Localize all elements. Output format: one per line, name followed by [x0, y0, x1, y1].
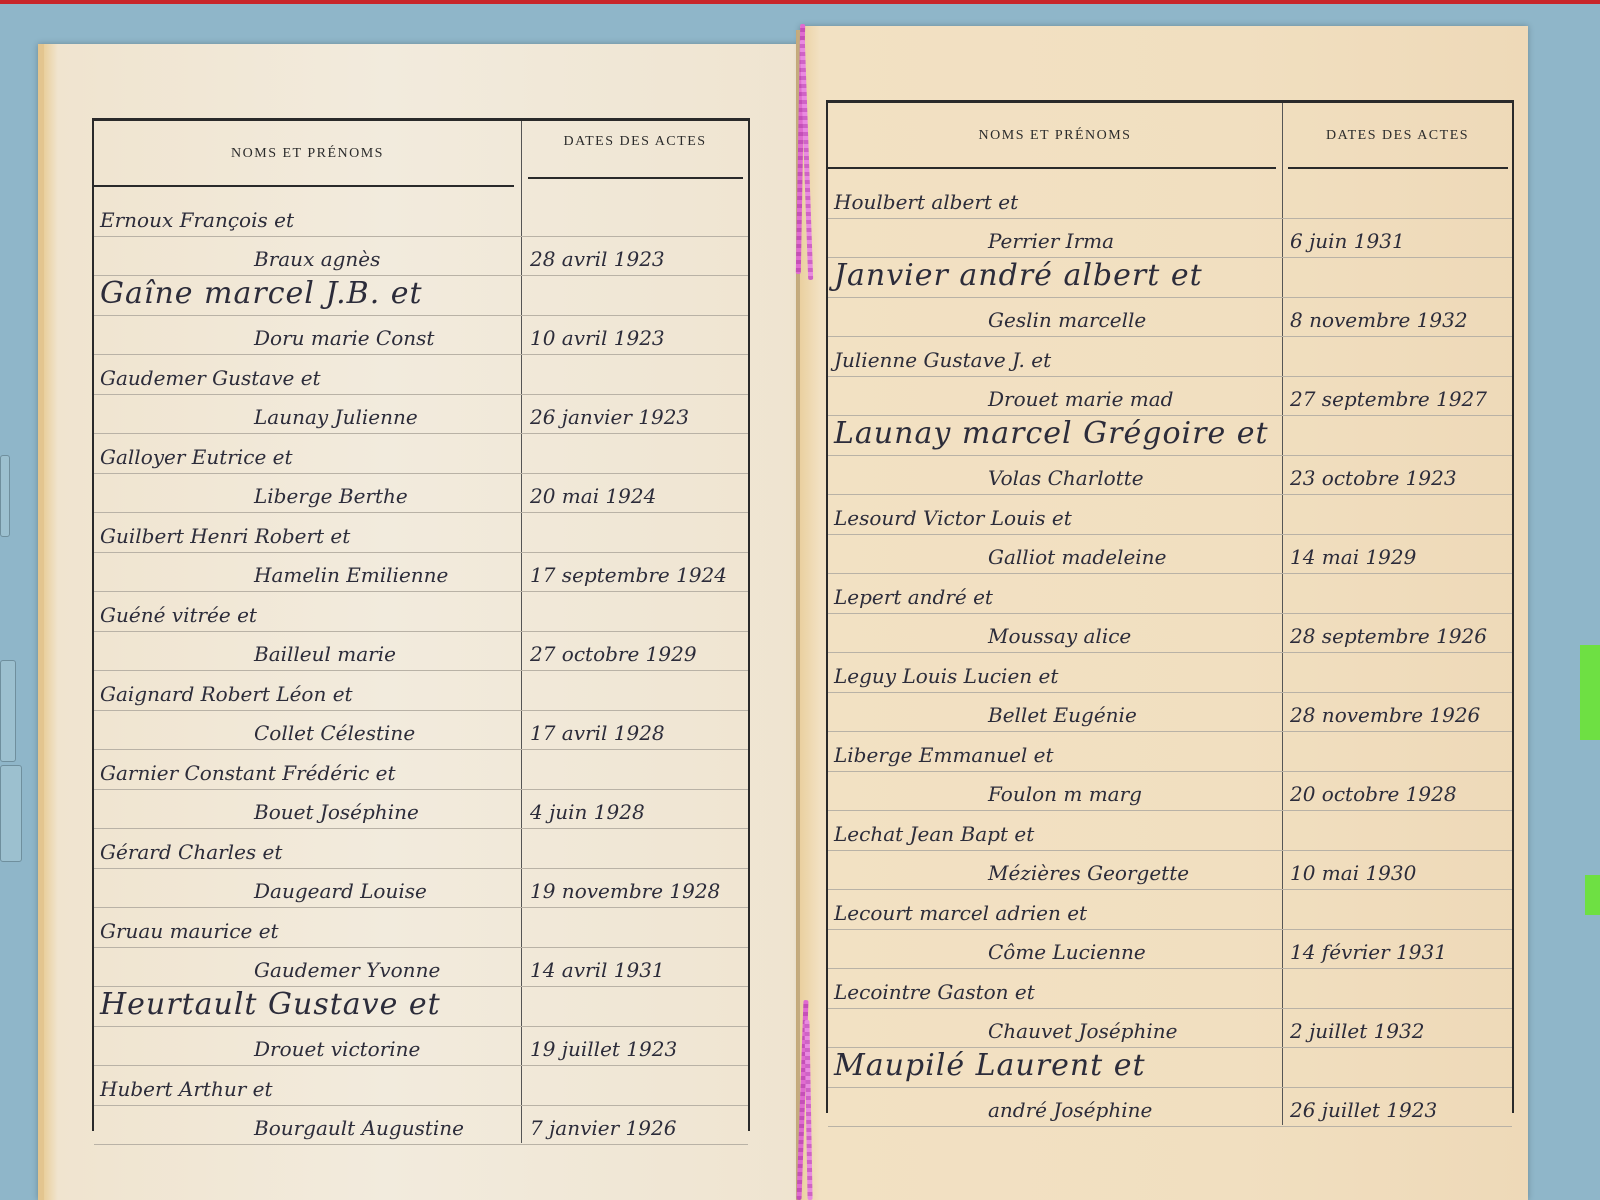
act-date: 20 mai 1924	[530, 484, 656, 508]
entry-row: Côme Lucienne14 février 1931	[828, 930, 1512, 970]
act-date: 23 octobre 1923	[1290, 466, 1457, 490]
groom-name: Launay marcel Grégoire et	[834, 416, 1269, 451]
bride-name: Doru marie Const	[254, 326, 434, 350]
groom-name: Gaudemer Gustave et	[100, 366, 321, 390]
act-date: 6 juin 1931	[1290, 229, 1405, 253]
entry-row: Volas Charlotte23 octobre 1923	[828, 456, 1512, 496]
entry-row: Gaîne marcel J.B. et	[94, 276, 748, 316]
groom-name: Gaîne marcel J.B. et	[100, 276, 423, 311]
bride-name: Braux agnès	[254, 247, 380, 271]
act-date: 26 juillet 1923	[1290, 1098, 1437, 1122]
entry-row: Galloyer Eutrice et	[94, 434, 748, 474]
entry-row: Foulon m marg20 octobre 1928	[828, 772, 1512, 812]
bride-name: Bailleul marie	[254, 642, 396, 666]
act-date: 2 juillet 1932	[1290, 1019, 1424, 1043]
groom-name: Heurtault Gustave et	[100, 987, 441, 1022]
entries-list-left: Ernoux François et Braux agnès28 avril 1…	[94, 197, 748, 1145]
entry-row: Chauvet Joséphine2 juillet 1932	[828, 1009, 1512, 1049]
entry-row: Heurtault Gustave et	[94, 987, 748, 1027]
bride-name: Côme Lucienne	[988, 940, 1146, 964]
entry-row: Lesourd Victor Louis et	[828, 495, 1512, 535]
entry-row: Galliot madeleine14 mai 1929	[828, 535, 1512, 575]
entry-row: Daugeard Louise19 novembre 1928	[94, 869, 748, 909]
bride-name: Drouet victorine	[254, 1037, 420, 1061]
act-date: 14 février 1931	[1290, 940, 1447, 964]
groom-name: Lepert andré et	[834, 585, 993, 609]
bride-name: Hamelin Emilienne	[254, 563, 448, 587]
entry-row: Hubert Arthur et	[94, 1066, 748, 1106]
act-date: 28 novembre 1926	[1290, 703, 1480, 727]
bride-name: Launay Julienne	[254, 405, 418, 429]
act-date: 19 novembre 1928	[530, 879, 720, 903]
entry-row: Janvier andré albert et	[828, 258, 1512, 298]
entry-row: Doru marie Const10 avril 1923	[94, 316, 748, 356]
groom-name: Leguy Louis Lucien et	[834, 664, 1058, 688]
header-rule	[1288, 167, 1508, 169]
register-table-left: NOMS ET PRÉNOMS DATES DES ACTES Ernoux F…	[92, 118, 750, 1131]
entry-row: Launay Julienne26 janvier 1923	[94, 395, 748, 435]
entry-row: Lecourt marcel adrien et	[828, 890, 1512, 930]
groom-name: Lechat Jean Bapt et	[834, 822, 1034, 846]
entry-row: Garnier Constant Frédéric et	[94, 750, 748, 790]
entry-row: Bourgault Augustine7 janvier 1926	[94, 1106, 748, 1146]
entry-row: Drouet victorine19 juillet 1923	[94, 1027, 748, 1067]
groom-name: Gérard Charles et	[100, 840, 282, 864]
entry-row: Ernoux François et	[94, 197, 748, 237]
header-rule	[828, 167, 1276, 169]
entries-list-right: Houlbert albert et Perrier Irma6 juin 19…	[828, 179, 1512, 1127]
entry-row: Gruau maurice et	[94, 908, 748, 948]
entry-row: Lepert andré et	[828, 574, 1512, 614]
entry-row: Liberge Berthe20 mai 1924	[94, 474, 748, 514]
entry-row: Liberge Emmanuel et	[828, 732, 1512, 772]
groom-name: Lesourd Victor Louis et	[834, 506, 1072, 530]
column-header-names: NOMS ET PRÉNOMS	[828, 103, 1282, 169]
header-rule	[528, 177, 743, 179]
act-date: 28 septembre 1926	[1290, 624, 1487, 648]
groom-name: Gruau maurice et	[100, 919, 279, 943]
entry-row: Guéné vitrée et	[94, 592, 748, 632]
entry-row: Bailleul marie27 octobre 1929	[94, 632, 748, 672]
act-date: 19 juillet 1923	[530, 1037, 677, 1061]
background-green-tab	[1580, 645, 1600, 740]
entry-row: Gaignard Robert Léon et	[94, 671, 748, 711]
bride-name: Chauvet Joséphine	[988, 1019, 1177, 1043]
entry-row: Houlbert albert et	[828, 179, 1512, 219]
bride-name: Bellet Eugénie	[988, 703, 1137, 727]
entry-row: Lecointre Gaston et	[828, 969, 1512, 1009]
groom-name: Gaignard Robert Léon et	[100, 682, 353, 706]
groom-name: Lecourt marcel adrien et	[834, 901, 1087, 925]
header-rule	[94, 185, 514, 187]
column-header-dates: DATES DES ACTES	[522, 109, 748, 175]
background-paper-scrap	[0, 660, 16, 762]
groom-name: Maupilé Laurent et	[834, 1048, 1146, 1083]
column-header-dates: DATES DES ACTES	[1283, 103, 1512, 169]
groom-name: Houlbert albert et	[834, 190, 1018, 214]
act-date: 17 avril 1928	[530, 721, 665, 745]
bride-name: Moussay alice	[988, 624, 1131, 648]
entry-row: andré Joséphine26 juillet 1923	[828, 1088, 1512, 1128]
bride-name: Mézières Georgette	[988, 861, 1189, 885]
act-date: 27 octobre 1929	[530, 642, 697, 666]
entry-row: Collet Célestine17 avril 1928	[94, 711, 748, 751]
groom-name: Janvier andré albert et	[834, 258, 1203, 293]
bride-name: Bourgault Augustine	[254, 1116, 464, 1140]
entry-row: Gaudemer Yvonne14 avril 1931	[94, 948, 748, 988]
entry-row: Gaudemer Gustave et	[94, 355, 748, 395]
bride-name: Drouet marie mad	[988, 387, 1173, 411]
background-red-edge	[0, 0, 1600, 4]
groom-name: Lecointre Gaston et	[834, 980, 1035, 1004]
entry-row: Mézières Georgette10 mai 1930	[828, 851, 1512, 891]
act-date: 27 septembre 1927	[1290, 387, 1487, 411]
background-green-tab	[1585, 875, 1600, 915]
groom-name: Liberge Emmanuel et	[834, 743, 1054, 767]
groom-name: Guilbert Henri Robert et	[100, 524, 350, 548]
background-paper-scrap	[0, 765, 22, 862]
register-page-left: NOMS ET PRÉNOMS DATES DES ACTES Ernoux F…	[38, 44, 804, 1200]
act-date: 14 mai 1929	[1290, 545, 1416, 569]
register-table-right: NOMS ET PRÉNOMS DATES DES ACTES Houlbert…	[826, 100, 1514, 1113]
entry-row: Bellet Eugénie28 novembre 1926	[828, 693, 1512, 733]
groom-name: Julienne Gustave J. et	[834, 348, 1051, 372]
groom-name: Ernoux François et	[100, 208, 294, 232]
act-date: 4 juin 1928	[530, 800, 645, 824]
bride-name: andré Joséphine	[988, 1098, 1152, 1122]
entry-row: Maupilé Laurent et	[828, 1048, 1512, 1088]
entry-row: Perrier Irma6 juin 1931	[828, 219, 1512, 259]
entry-row: Gérard Charles et	[94, 829, 748, 869]
act-date: 7 janvier 1926	[530, 1116, 676, 1140]
entry-row: Hamelin Emilienne17 septembre 1924	[94, 553, 748, 593]
bride-name: Volas Charlotte	[988, 466, 1144, 490]
entry-row: Lechat Jean Bapt et	[828, 811, 1512, 851]
entry-row: Leguy Louis Lucien et	[828, 653, 1512, 693]
groom-name: Galloyer Eutrice et	[100, 445, 293, 469]
bride-name: Geslin marcelle	[988, 308, 1146, 332]
column-header-names: NOMS ET PRÉNOMS	[94, 121, 521, 187]
entry-row: Moussay alice28 septembre 1926	[828, 614, 1512, 654]
entry-row: Julienne Gustave J. et	[828, 337, 1512, 377]
register-page-right: NOMS ET PRÉNOMS DATES DES ACTES Houlbert…	[800, 26, 1528, 1200]
act-date: 10 mai 1930	[1290, 861, 1416, 885]
bride-name: Bouet Joséphine	[254, 800, 419, 824]
bride-name: Daugeard Louise	[254, 879, 427, 903]
entry-row: Guilbert Henri Robert et	[94, 513, 748, 553]
bride-name: Gaudemer Yvonne	[254, 958, 440, 982]
background-paper-scrap	[0, 455, 10, 537]
act-date: 28 avril 1923	[530, 247, 665, 271]
entry-row: Launay marcel Grégoire et	[828, 416, 1512, 456]
bride-name: Galliot madeleine	[988, 545, 1166, 569]
groom-name: Garnier Constant Frédéric et	[100, 761, 396, 785]
entry-row: Geslin marcelle8 novembre 1932	[828, 298, 1512, 338]
act-date: 10 avril 1923	[530, 326, 665, 350]
bride-name: Perrier Irma	[988, 229, 1114, 253]
entry-row: Drouet marie mad27 septembre 1927	[828, 377, 1512, 417]
act-date: 20 octobre 1928	[1290, 782, 1457, 806]
act-date: 14 avril 1931	[530, 958, 665, 982]
entry-row: Bouet Joséphine4 juin 1928	[94, 790, 748, 830]
groom-name: Hubert Arthur et	[100, 1077, 273, 1101]
act-date: 26 janvier 1923	[530, 405, 689, 429]
act-date: 17 septembre 1924	[530, 563, 727, 587]
act-date: 8 novembre 1932	[1290, 308, 1468, 332]
bride-name: Liberge Berthe	[254, 484, 408, 508]
bride-name: Foulon m marg	[988, 782, 1142, 806]
entry-row: Braux agnès28 avril 1923	[94, 237, 748, 277]
bride-name: Collet Célestine	[254, 721, 415, 745]
groom-name: Guéné vitrée et	[100, 603, 257, 627]
